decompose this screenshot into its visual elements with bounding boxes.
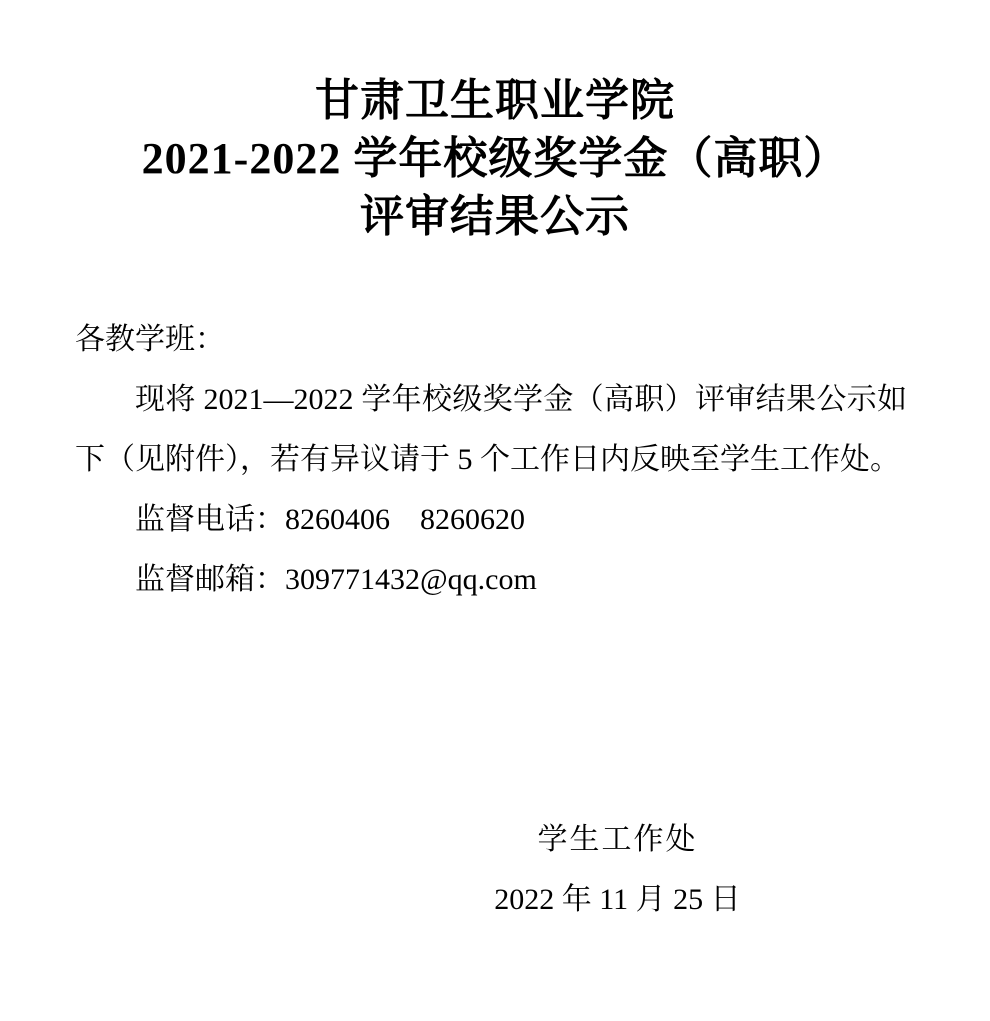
title-line-2: 2021-2022 学年校级奖学金（高职） <box>0 130 990 188</box>
document-title: 甘肃卫生职业学院 2021-2022 学年校级奖学金（高职） 评审结果公示 <box>0 0 990 246</box>
document-body: 各教学班： 现将 2021—2022 学年校级奖学金（高职）评审结果公示如下（见… <box>0 310 990 610</box>
title-line-1: 甘肃卫生职业学院 <box>0 72 990 130</box>
signature-department: 学生工作处 <box>245 810 990 870</box>
salutation: 各教学班： <box>75 310 907 370</box>
document-page: 甘肃卫生职业学院 2021-2022 学年校级奖学金（高职） 评审结果公示 各教… <box>0 0 990 1021</box>
supervision-phone-line: 监督电话：8260406 8260620 <box>75 490 907 550</box>
signature-date: 2022 年 11 月 25 日 <box>245 870 990 930</box>
title-line-3: 评审结果公示 <box>0 188 990 246</box>
supervision-email-line: 监督邮箱：309771432@qq.com <box>75 550 907 610</box>
signature-block: 学生工作处 2022 年 11 月 25 日 <box>0 810 990 930</box>
main-paragraph: 现将 2021—2022 学年校级奖学金（高职）评审结果公示如下（见附件），若有… <box>75 370 907 490</box>
